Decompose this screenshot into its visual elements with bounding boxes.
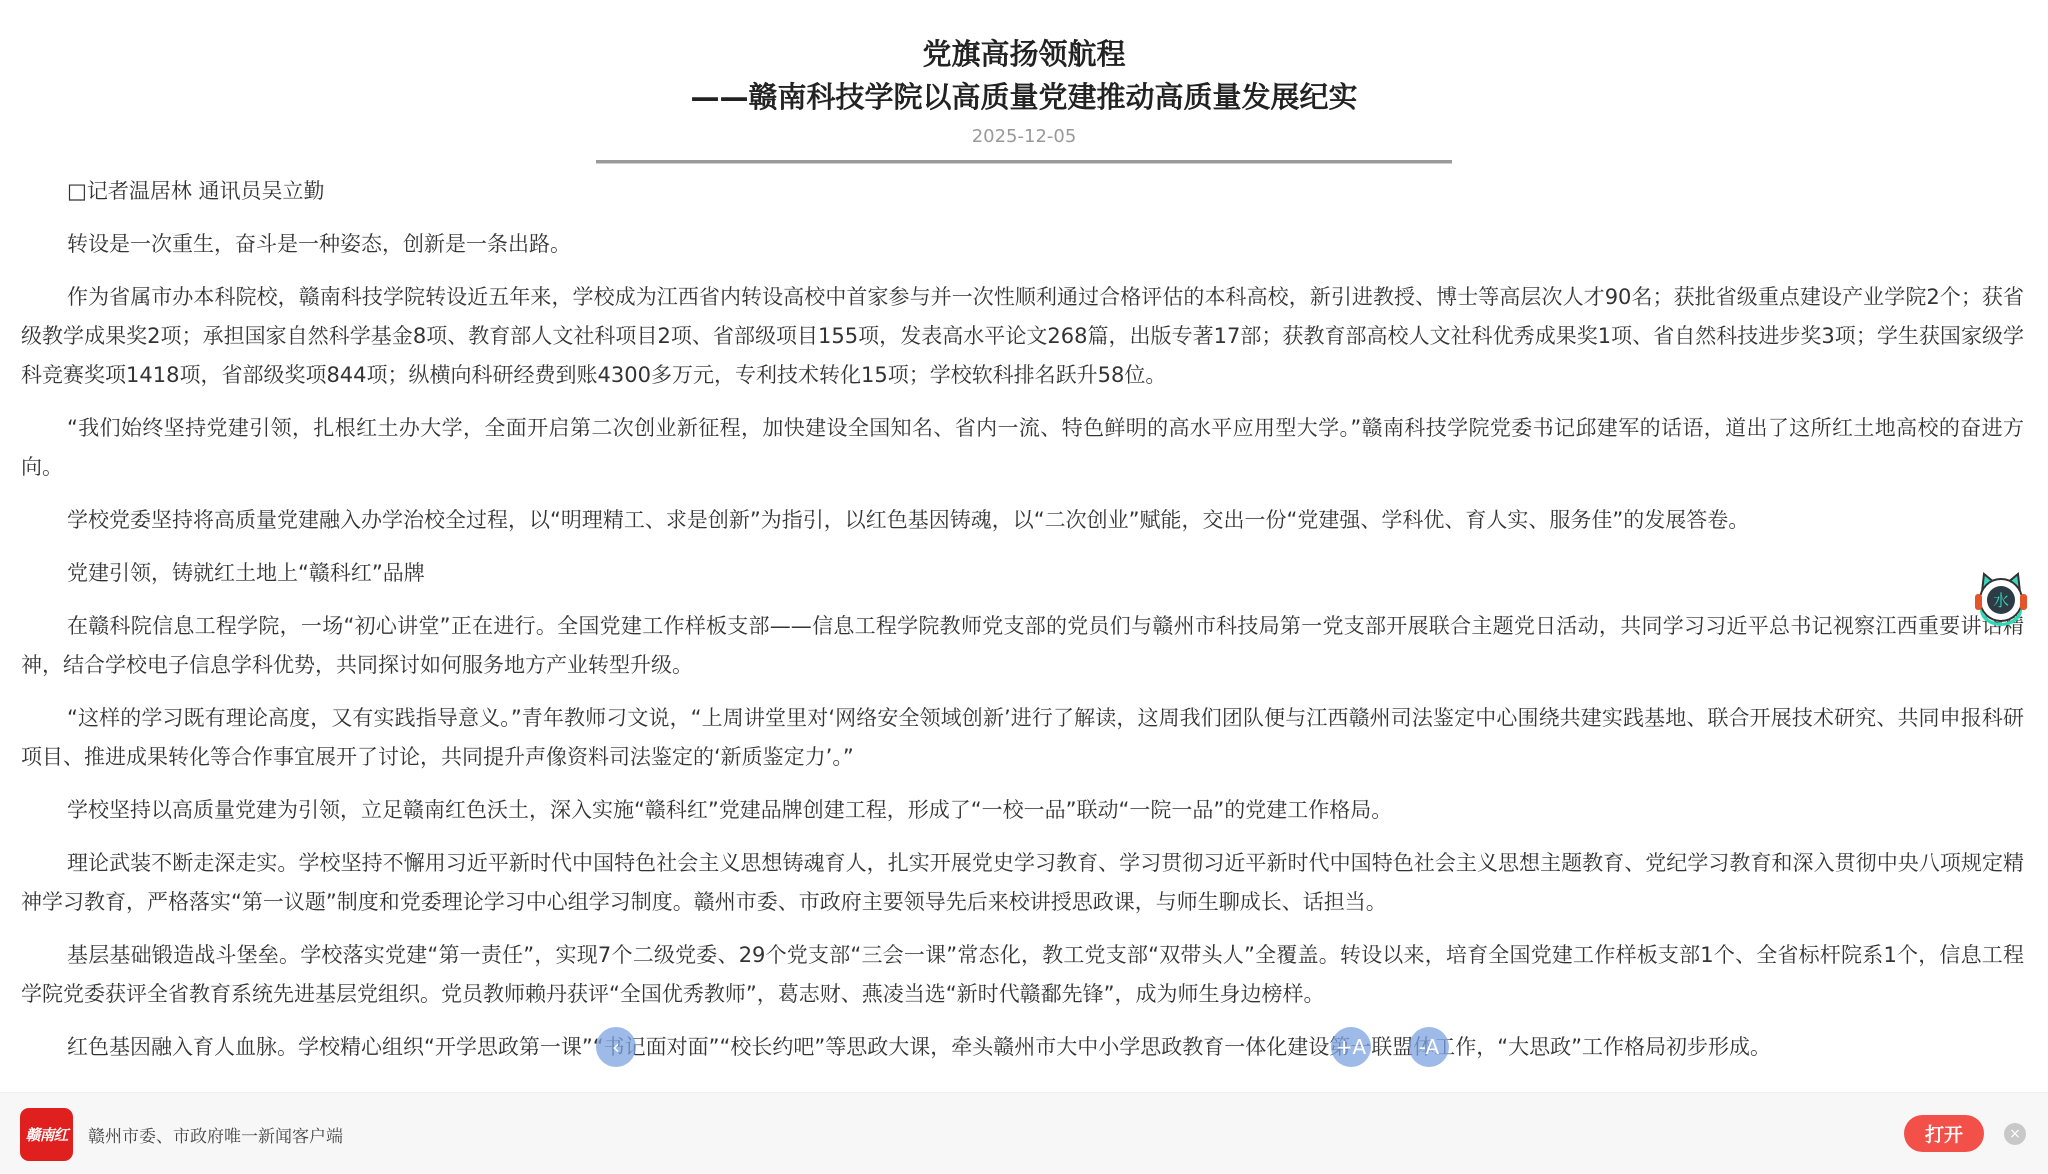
app-description: 赣州市委、市政府唯一新闻客户端	[88, 1122, 343, 1147]
paragraph: 学校坚持以高质量党建为引领，立足赣南红色沃土，深入实施“赣科红”党建品牌创建工程…	[21, 791, 2024, 830]
article-body: □记者温居林 通讯员吴立勤 转设是一次重生，奋斗是一种姿态，创新是一条出路。 作…	[0, 172, 2048, 1067]
paragraph: 理论武装不断走深走实。学校坚持不懈用习近平新时代中国特色社会主义思想铸魂育人，扎…	[21, 844, 2024, 922]
font-increase-icon: +A	[1336, 1035, 1366, 1059]
paragraph: 作为省属市办本科院校，赣南科技学院转设近五年来，学校成为江西省内转设高校中首家参…	[21, 278, 2024, 395]
back-button[interactable]: ‹	[596, 1027, 636, 1067]
paragraph: 基层基础锻造战斗堡垒。学校落实党建“第一责任”，实现7个二级党委、29个党支部“…	[21, 936, 2024, 1014]
font-decrease-icon: -A	[1419, 1035, 1439, 1059]
font-decrease-button[interactable]: -A	[1409, 1027, 1449, 1067]
close-banner-button[interactable]: ×	[2004, 1123, 2026, 1145]
article-header: 党旗高扬领航程 ——赣南科技学院以高质量党建推动高质量发展纪实 2025-12-…	[0, 0, 2048, 164]
paragraph: “我们始终坚持党建引领，扎根红土办大学，全面开启第二次创业新征程，加快建设全国知…	[21, 409, 2024, 487]
cat-headphones-icon: 水	[1972, 570, 2030, 626]
paragraph: 在赣科院信息工程学院，一场“初心讲堂”正在进行。全国党建工作样板支部——信息工程…	[21, 607, 2024, 685]
section-heading: 党建引领，铸就红土地上“赣科红”品牌	[21, 554, 2024, 593]
svg-text:水: 水	[1993, 591, 2009, 610]
publish-date: 2025-12-05	[0, 122, 2048, 152]
font-increase-button[interactable]: +A	[1331, 1027, 1371, 1067]
paragraph: 红色基因融入育人血脉。学校精心组织“开学思政第一课”“书记面对面”“校长约吧”等…	[21, 1028, 2024, 1067]
paragraph: “这样的学习既有理论高度，又有实践指导意义。”青年教师刁文说，“上周讲堂里对‘网…	[21, 699, 2024, 777]
close-icon: ×	[2009, 1126, 2021, 1142]
app-logo: 赣南红	[20, 1108, 73, 1161]
header-divider	[596, 160, 1452, 164]
app-download-banner: 赣南红 赣州市委、市政府唯一新闻客户端 打开 ×	[0, 1092, 2048, 1174]
chevron-left-icon: ‹	[612, 1035, 620, 1059]
open-app-button[interactable]: 打开	[1904, 1115, 1984, 1152]
paragraph: 转设是一次重生，奋斗是一种姿态，创新是一条出路。	[21, 225, 2024, 264]
article-title: 党旗高扬领航程	[0, 34, 2048, 74]
byline: □记者温居林 通讯员吴立勤	[21, 172, 2024, 211]
article-subtitle: ——赣南科技学院以高质量党建推动高质量发展纪实	[0, 74, 2048, 120]
article: 党旗高扬领航程 ——赣南科技学院以高质量党建推动高质量发展纪实 2025-12-…	[0, 0, 2048, 1081]
mascot-assistant-button[interactable]: 水	[1972, 570, 2030, 626]
paragraph: 学校党委坚持将高质量党建融入办学治校全过程，以“明理精工、求是创新”为指引，以红…	[21, 501, 2024, 540]
